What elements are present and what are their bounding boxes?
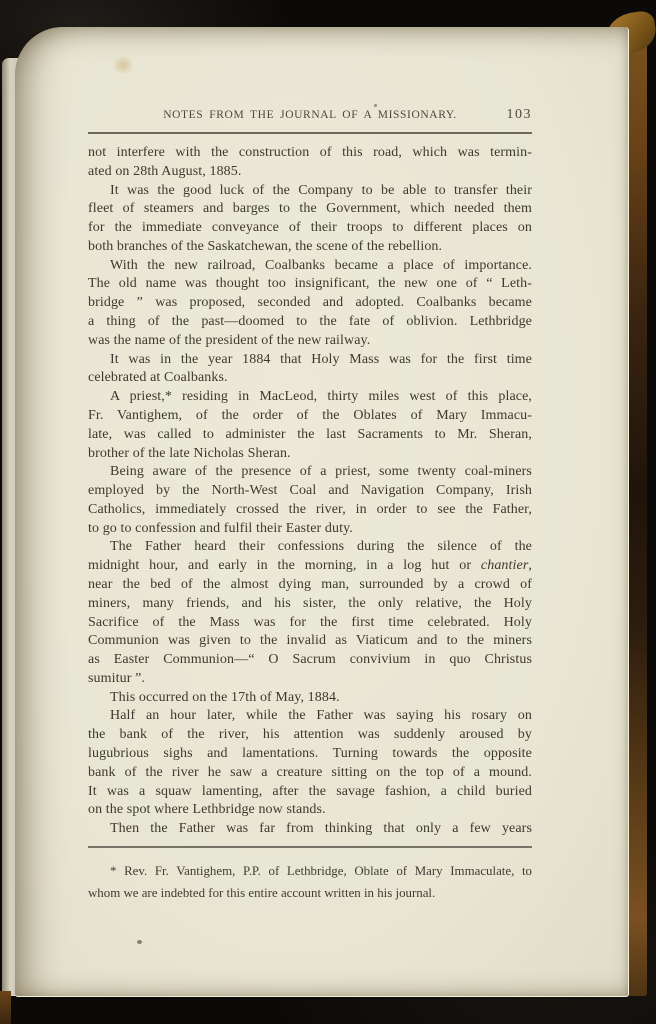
text-line: the bank of the river, his attention was…: [88, 726, 532, 745]
text-line: as Easter Communion—“ O Sacrum convivium…: [88, 651, 532, 670]
book-photo: NOTES FROM THE JOURNAL OF A MISSIONARY. …: [0, 0, 656, 1024]
text-line: miners, many friends, and his sister, th…: [88, 595, 532, 614]
text-line: It was a squaw lamenting, after the sava…: [88, 783, 532, 802]
text-line: This occurred on the 17th of May, 1884.: [88, 689, 532, 708]
text-line: a thing of the past—doomed to the fate o…: [88, 313, 532, 332]
footnote-line: whom we are indebted for this entire acc…: [88, 882, 532, 905]
text-line: It was the good luck of the Company to b…: [88, 182, 532, 201]
text-line: late, was called to administer the last …: [88, 426, 532, 445]
running-header-title: NOTES FROM THE JOURNAL OF A MISSIONARY.: [163, 109, 456, 121]
page-content: NOTES FROM THE JOURNAL OF A MISSIONARY. …: [88, 27, 532, 905]
text-line: Sacrifice of the Mass was for the first …: [88, 614, 532, 633]
text-line: bridge ” was proposed, seconded and adop…: [88, 294, 532, 313]
text-line: employed by the North-West Coal and Navi…: [88, 482, 532, 501]
binding-bottom-notch: [0, 991, 11, 1024]
text-line: ated on 28th August, 1885.: [88, 163, 532, 182]
page-body: not interfere with the construction of t…: [88, 144, 532, 839]
text-line: The Father heard their confessions durin…: [88, 538, 532, 557]
book-page: NOTES FROM THE JOURNAL OF A MISSIONARY. …: [15, 27, 629, 997]
text-line: for the immediate conveyance of their tr…: [88, 219, 532, 238]
text-line: Fr. Vantighem, of the order of the Oblat…: [88, 407, 532, 426]
text-line: on the spot where Lethbridge now stands.: [88, 801, 532, 820]
text-line: Half an hour later, while the Father was…: [88, 707, 532, 726]
text-line: It was in the year 1884 that Holy Mass w…: [88, 351, 532, 370]
paper-speck: [137, 940, 142, 944]
header-rule: [88, 132, 532, 134]
book-fore-edge: [627, 22, 647, 996]
text-line: near the bed of the almost dying man, su…: [88, 576, 532, 595]
text-line: Communion was given to the invalid as Vi…: [88, 632, 532, 651]
text-line: not interfere with the construction of t…: [88, 144, 532, 163]
text-line: celebrated at Coalbanks.: [88, 369, 532, 388]
footnote-line: * Rev. Fr. Vantighem, P.P. of Lethbridge…: [88, 860, 532, 883]
text-line: fleet of steamers and barges to the Gove…: [88, 200, 532, 219]
page-number: 103: [507, 107, 533, 122]
text-line: A priest,* residing in MacLeod, thirty m…: [88, 388, 532, 407]
text-line: lugubrious sighs and lamentations. Turni…: [88, 745, 532, 764]
running-header: NOTES FROM THE JOURNAL OF A MISSIONARY. …: [88, 108, 532, 123]
text-line: sumitur ”.: [88, 670, 532, 689]
text-line: was the name of the president of the new…: [88, 332, 532, 351]
text-line: to go to confession and fulfil their Eas…: [88, 520, 532, 539]
footnote-rule: [88, 846, 532, 848]
footnote: * Rev. Fr. Vantighem, P.P. of Lethbridge…: [88, 860, 532, 905]
text-line: brother of the late Nicholas Sheran.: [88, 445, 532, 464]
text-line: Then the Father was far from thinking th…: [88, 820, 532, 839]
text-line: Being aware of the presence of a priest,…: [88, 463, 532, 482]
text-line: bank of the river he saw a creature sitt…: [88, 764, 532, 783]
text-line: The old name was thought too insignifica…: [88, 275, 532, 294]
text-line: With the new railroad, Coalbanks became …: [88, 257, 532, 276]
text-line: both branches of the Saskatchewan, the s…: [88, 238, 532, 257]
text-line: midnight hour, and early in the morning,…: [88, 557, 532, 576]
text-line: Catholics, immediately crossed the river…: [88, 501, 532, 520]
